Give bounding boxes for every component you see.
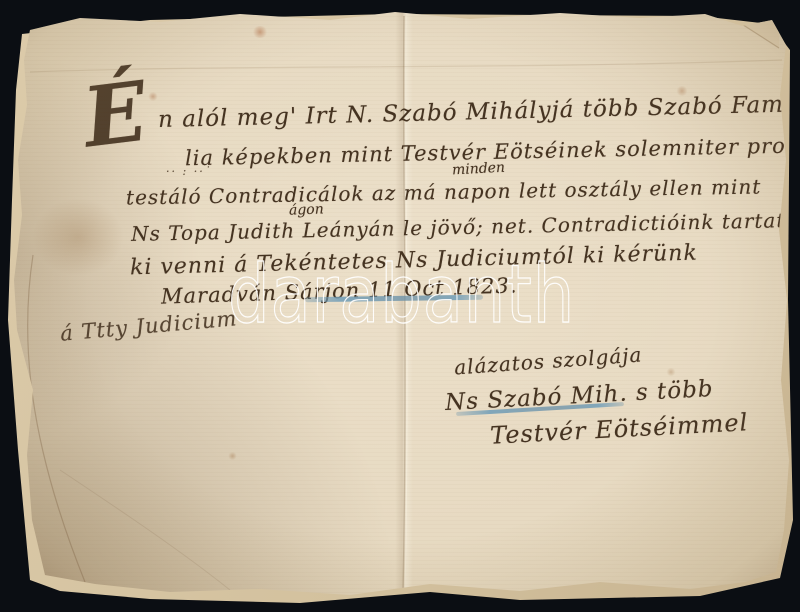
handwriting-line-4: Ns Topa Judith Leányán le jövő; net. Con… <box>131 209 793 245</box>
paper-stain <box>32 198 124 276</box>
document-paper: É n alól meg' Irt N. Szabó Mihályjá több… <box>0 0 800 612</box>
signature-line-2: Ns Szabó Mih. s több <box>445 377 715 416</box>
interlinear-insertion-1: minden <box>452 161 506 179</box>
photo-of-document: É n alól meg' Irt N. Szabó Mihályjá több… <box>0 0 800 612</box>
foxing-spot <box>148 92 158 101</box>
signature-line-3: Testvér Eötséimmel <box>489 409 748 449</box>
foxing-spot <box>252 26 268 38</box>
interlinear-insertion-2: ágon <box>289 202 324 219</box>
ornate-initial-letter: É <box>79 66 153 163</box>
foxing-spot <box>666 368 676 376</box>
handwriting-line-6-date: Maradván Sárjon 11 Oct 1823. <box>161 274 518 308</box>
handwriting-line-1: n alól meg' Irt N. Szabó Mihályjá több S… <box>158 92 800 133</box>
foxing-spot <box>228 452 237 460</box>
handwriting-line-3: testáló Contradicálok az má napon lett o… <box>126 175 762 208</box>
signature-line-1: alázatos szolgája <box>453 343 643 378</box>
handwriting-line-5: ki venni á Tekéntetes Ns Judiciumtól ki … <box>130 242 698 281</box>
left-margin-note: á Ttty Judicium <box>59 307 238 345</box>
ink-specks: ·· : ··˙ <box>166 166 212 178</box>
